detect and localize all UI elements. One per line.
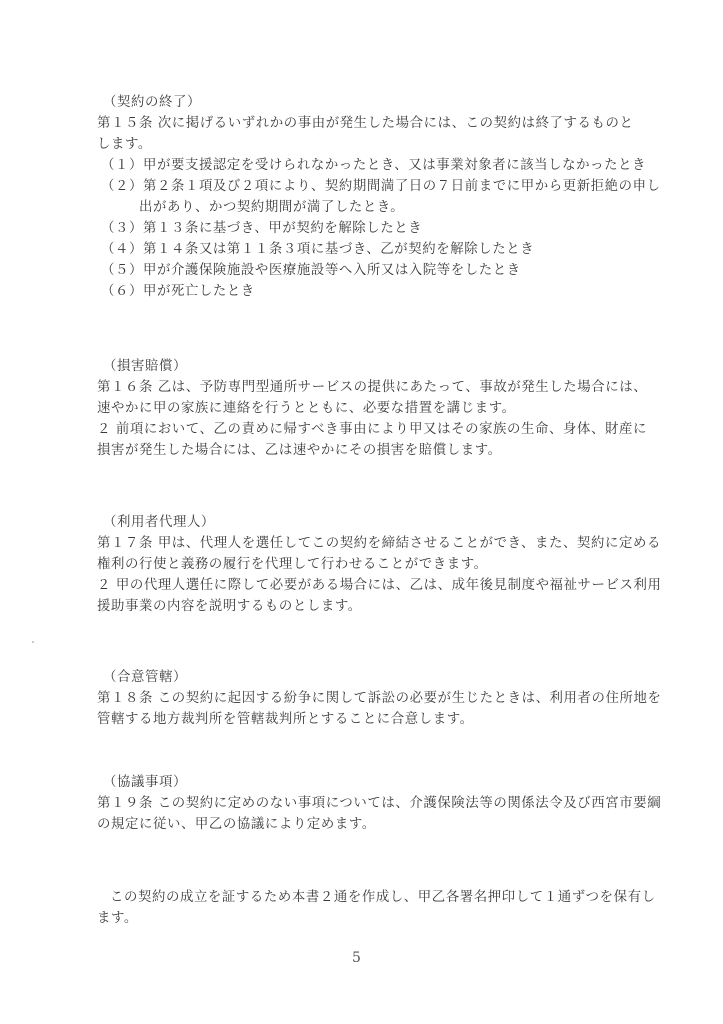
article-text: 第１９条 この契約に定めのない事項については、介護保険法等の関係法令及び西宮市要… [97, 793, 627, 814]
closing-text: この契約の成立を証するため本書２通を作成し、甲乙各署名押印して１通ずつを保有し [97, 887, 627, 908]
item-text: 第１４条又は第１１条３項に基づき、乙が契約を解除したとき [143, 242, 534, 257]
item-label: （１） [101, 158, 143, 173]
page-number: 5 [352, 950, 361, 966]
scan-speck [32, 641, 34, 643]
article-text: 速やかに甲の家族に連絡を行うとともに、必要な措置を講じます。 [97, 398, 627, 419]
item-label: （２） [101, 179, 143, 194]
article-text: 損害が発生した場合には、乙は速やかにその損害を賠償します。 [97, 440, 627, 461]
list-item: （６）甲が死亡したとき [97, 281, 627, 302]
article-text: 第１６条 乙は、予防専門型通所サービスの提供にあたって、事故が発生した場合には、 [97, 377, 627, 398]
article-text: の規定に従い、甲乙の協議により定めます。 [97, 814, 627, 835]
list-item: （１）甲が要支援認定を受けられなかったとき、又は事業対象者に該当しなかったとき [97, 155, 627, 176]
article-text: 権利の行使と義務の履行を代理して行わせることができます。 [97, 554, 627, 575]
article-18: （合意管轄） 第１８条 この契約に起因する紛争に関して訴訟の必要が生じたときは、… [97, 667, 627, 730]
closing-text: ます。 [97, 908, 627, 929]
item-text: 甲が要支援認定を受けられなかったとき、又は事業対象者に該当しなかったとき [143, 158, 646, 173]
list-item: （４）第１４条又は第１１条３項に基づき、乙が契約を解除したとき [97, 239, 627, 260]
article-19: （協議事項） 第１９条 この契約に定めのない事項については、介護保険法等の関係法… [97, 772, 627, 835]
item-label: （５） [101, 263, 143, 278]
article-text: 管轄する地方裁判所を管轄裁判所とすることに合意します。 [97, 709, 627, 730]
section-heading: （合意管轄） [97, 667, 627, 688]
list-item: （５）甲が介護保険施設や医療施設等へ入所又は入院等をしたとき [97, 260, 627, 281]
item-text: 第１３条に基づき、甲が契約を解除したとき [143, 221, 422, 236]
section-heading: （損害賠償） [97, 356, 627, 377]
article-16: （損害賠償） 第１６条 乙は、予防専門型通所サービスの提供にあたって、事故が発生… [97, 356, 627, 461]
article-text: します。 [97, 134, 627, 155]
item-text: 第２条１項及び２項により、契約期間満了日の７日前までに甲から更新拒絶の申し [143, 179, 661, 194]
list-item: （３）第１３条に基づき、甲が契約を解除したとき [97, 218, 627, 239]
article-text: 第１８条 この契約に起因する紛争に関して訴訟の必要が生じたときは、利用者の住所地… [97, 688, 627, 709]
item-text: 甲が死亡したとき [143, 284, 255, 299]
article-text: ２ 甲の代理人選任に際して必要がある場合には、乙は、成年後見制度や福祉サービス利… [97, 575, 627, 596]
section-heading: （利用者代理人） [97, 512, 627, 533]
article-text: 第１７条 甲は、代理人を選任してこの契約を締結させることができ、また、契約に定め… [97, 533, 627, 554]
item-label: （４） [101, 242, 143, 257]
list-item-continuation: 出があり、かつ契約期間が満了したとき。 [97, 197, 627, 218]
section-heading: （協議事項） [97, 772, 627, 793]
item-label: （３） [101, 221, 143, 236]
section-heading: （契約の終了） [97, 92, 627, 113]
item-label: （６） [101, 284, 143, 299]
item-text: 甲が介護保険施設や医療施設等へ入所又は入院等をしたとき [143, 263, 521, 278]
list-item: （２）第２条１項及び２項により、契約期間満了日の７日前までに甲から更新拒絶の申し [97, 176, 627, 197]
closing-statement: この契約の成立を証するため本書２通を作成し、甲乙各署名押印して１通ずつを保有し … [97, 887, 627, 929]
article-text: ２ 前項において、乙の責めに帰すべき事由により甲又はその家族の生命、身体、財産に [97, 419, 627, 440]
article-text: 第１５条 次に掲げるいずれかの事由が発生した場合には、この契約は終了するものと [97, 113, 627, 134]
article-15: （契約の終了） 第１５条 次に掲げるいずれかの事由が発生した場合には、この契約は… [97, 92, 627, 302]
article-17: （利用者代理人） 第１７条 甲は、代理人を選任してこの契約を締結させることができ… [97, 512, 627, 617]
article-text: 援助事業の内容を説明するものとします。 [97, 596, 627, 617]
